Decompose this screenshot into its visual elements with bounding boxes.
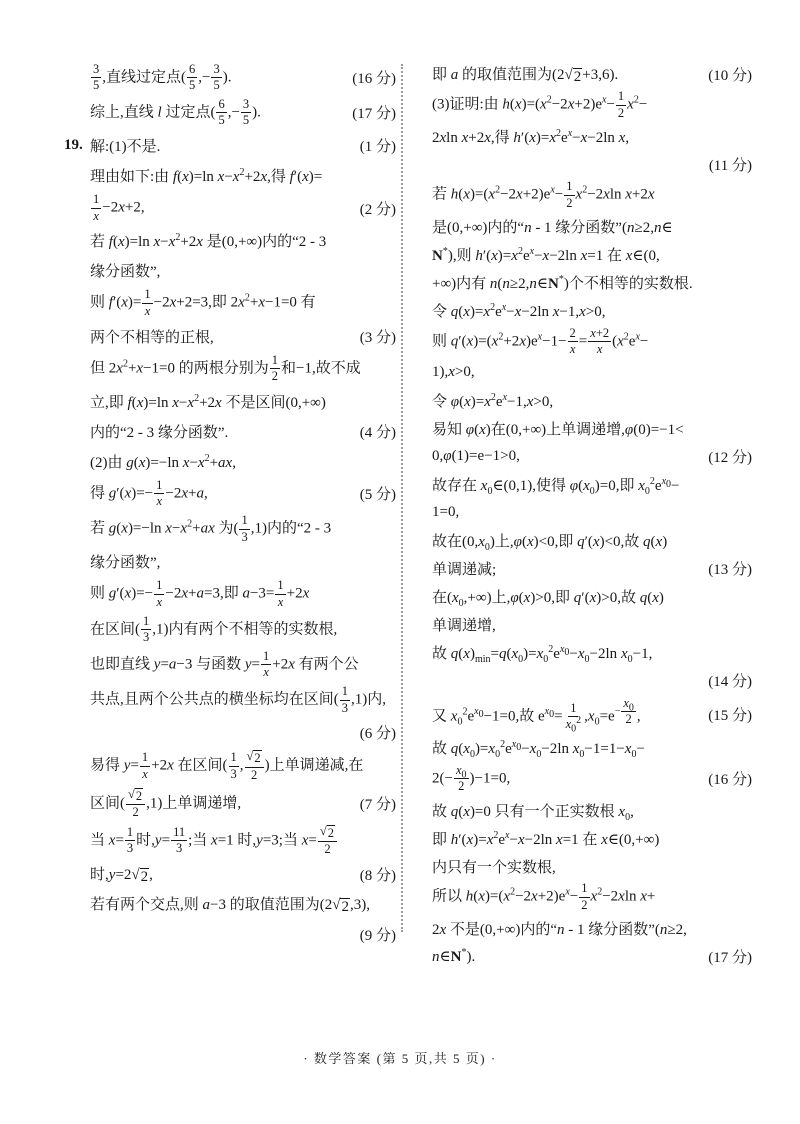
answer-line: 则 q′(x)=(x2+2x)ex−1−2x=x+2x(x2ex−	[432, 325, 752, 359]
answer-line: 则 g′(x)=−1x−2x+a=3,即 a−3=1x+2x	[90, 577, 396, 612]
line-content: 解:(1)不是.	[90, 135, 160, 156]
answer-line: 2xln x+2x,得 h′(x)=x2ex−x−2ln x,	[432, 122, 752, 150]
question-number: 19.	[64, 137, 90, 154]
answer-line: 立,即 f(x)=ln x−x2+2x 不是区间(0,+∞)	[90, 386, 396, 416]
answer-line: (11 分)	[432, 150, 752, 178]
answer-line: 单调递增,	[432, 611, 752, 639]
line-content: 是(0,+∞)内的“n - 1 缘分函数”(n≥2,n∈	[432, 216, 673, 237]
answer-line: 0,φ(1)=e−1>0,(12 分)	[432, 443, 752, 471]
line-content: 则 f′(x)=1x−2x+2=3,即 2x2+x−1=0 有	[90, 287, 316, 319]
score-mark: (17 分)	[344, 102, 396, 123]
answer-line: (14 分)	[432, 667, 752, 695]
line-content: n∈N*).	[432, 947, 475, 966]
line-content: 在(x0,+∞)上,φ(x)>0,即 q′(x)>0,故 q(x)	[432, 586, 664, 607]
line-content: 也即直线 y=a−3 与函数 y=1x+2x 有两个公	[90, 649, 359, 681]
footer-text: · 数学答案 (第 5 页,共 5 页) ·	[303, 1051, 496, 1066]
score-mark: (1 分)	[352, 135, 396, 156]
score-mark: (15 分)	[700, 704, 752, 725]
line-content: 1x−2x+2,	[90, 192, 145, 224]
answer-line: 2x 不是(0,+∞)内的“n - 1 缘分函数”(n≥2,	[432, 914, 752, 942]
answer-line: 内只有一个实数根,	[432, 852, 752, 880]
answer-line: 2(−x02)−1=0,(16 分)	[432, 762, 752, 796]
left-answer-column: 35,直线过定点(65,−35).(16 分)综上,直线 l 过定点(65,−3…	[64, 60, 396, 950]
answer-line: 内的“2 - 3 缘分函数”.(4 分)	[90, 416, 396, 446]
line-content: 故 q(x)=0 只有一个正实数根 x0,	[432, 800, 634, 821]
line-content: 共点,且两个公共点的横坐标均在区间(13,1)内,	[90, 684, 386, 716]
answer-line: 1=0,	[432, 499, 752, 527]
line-content: 在区间(13,1)内有两个不相等的实数根,	[90, 614, 337, 646]
answer-line: 单调递减;(13 分)	[432, 555, 752, 583]
answer-line: 故存在 x0∈(0,1),使得 φ(x0)=0,即 x02ex0−	[432, 471, 752, 499]
answer-line: 令 q(x)=x2ex−x−2ln x−1,x>0,	[432, 297, 752, 325]
score-mark: (12 分)	[700, 446, 752, 467]
line-content: 得 g′(x)=−1x−2x+a,	[90, 478, 208, 510]
score-mark: (11 分)	[701, 154, 752, 175]
line-content: 缘分函数”,	[90, 260, 160, 281]
answer-line: 故 q(x)=0 只有一个正实数根 x0,	[432, 796, 752, 824]
answer-line: 也即直线 y=a−3 与函数 y=1x+2x 有两个公	[90, 647, 396, 682]
answer-line: 综上,直线 l 过定点(65,−35).(17 分)	[90, 95, 396, 130]
line-content: 令 q(x)=x2ex−x−2ln x−1,x>0,	[432, 300, 606, 321]
line-content: 内只有一个实数根,	[432, 856, 556, 877]
answer-line: (3)证明:由 h(x)=(x2−2x+2)ex−12x2−	[432, 88, 752, 122]
answer-line: 1),x>0,	[432, 359, 752, 387]
answer-line: 若有两个交点,则 a−3 的取值范围为(2√2,3),	[90, 890, 396, 920]
line-content: 易得 y=1x+2x 在区间(13,√22)上单调递减,在	[90, 749, 363, 783]
line-content: 则 g′(x)=−1x−2x+a=3,即 a−3=1x+2x	[90, 578, 309, 610]
answer-line: 19.解:(1)不是.(1 分)	[90, 131, 396, 161]
line-content: 故 q(x0)=x02ex0−x0−2ln x0−1=1−x0−	[432, 737, 645, 758]
answer-line: 是(0,+∞)内的“n - 1 缘分函数”(n≥2,n∈	[432, 213, 752, 241]
answer-line: 故在(0,x0)上,φ(x)<0,即 q′(x)<0,故 q(x)	[432, 527, 752, 555]
answer-line: 时,y=2√2,(8 分)	[90, 860, 396, 890]
answer-line: 在区间(13,1)内有两个不相等的实数根,	[90, 612, 396, 647]
line-content: 令 φ(x)=x2ex−1,x>0,	[432, 390, 553, 411]
answer-line: 共点,且两个公共点的横坐标均在区间(13,1)内,	[90, 683, 396, 718]
score-mark: (8 分)	[352, 864, 396, 885]
answer-line: 当 x=13时,y=113;当 x=1 时,y=3;当 x=√22	[90, 822, 396, 859]
score-mark: (9 分)	[352, 924, 396, 945]
score-mark: (16 分)	[700, 768, 752, 789]
line-content: 故在(0,x0)上,φ(x)<0,即 q′(x)<0,故 q(x)	[432, 530, 667, 551]
answer-line: 在(x0,+∞)上,φ(x)>0,即 q′(x)>0,故 q(x)	[432, 583, 752, 611]
score-mark: (5 分)	[352, 483, 396, 504]
answer-sheet-page: { "page": { "footer": "· 数学答案 (第 5 页,共 5…	[0, 0, 800, 1124]
answer-line: 35,直线过定点(65,−35).(16 分)	[90, 60, 396, 95]
answer-line: 即 a 的取值范围为(2√2+3,6).(10 分)	[432, 60, 752, 88]
score-mark: (10 分)	[700, 64, 752, 85]
line-content: 则 q′(x)=(x2+2x)ex−1−2x=x+2x(x2ex−	[432, 326, 648, 358]
answer-line: 故 q(x0)=x02ex0−x0−2ln x0−1=1−x0−	[432, 734, 752, 762]
line-content: 单调递增,	[432, 614, 496, 635]
line-content: 易知 φ(x)在(0,+∞)上单调递增,φ(0)=−1<	[432, 418, 684, 439]
line-content: (2)由 g(x)=−ln x−x2+ax,	[90, 451, 236, 472]
line-content: 所以 h(x)=(x2−2x+2)ex−12x2−2xln x+	[432, 881, 655, 913]
line-content: 但 2x2+x−1=0 的两根分别为12和−1,故不成	[90, 353, 361, 385]
line-content: 理由如下:由 f(x)=ln x−x2+2x,得 f′(x)=	[90, 165, 322, 186]
answer-line: 但 2x2+x−1=0 的两根分别为12和−1,故不成	[90, 351, 396, 386]
line-content: 2x 不是(0,+∞)内的“n - 1 缘分函数”(n≥2,	[432, 918, 687, 939]
line-content: 故 q(x)min=q(x0)=x02ex0−x0−2ln x0−1,	[432, 642, 652, 663]
score-mark: (2 分)	[352, 198, 396, 219]
answer-line: 易得 y=1x+2x 在区间(13,√22)上单调递减,在	[90, 748, 396, 785]
answer-line: 若 f(x)=ln x−x2+2x 是(0,+∞)内的“2 - 3	[90, 226, 396, 256]
line-content: 1),x>0,	[432, 364, 475, 381]
line-content: +∞)内有 n(n≥2,n∈N*)个不相等的实数根.	[432, 272, 693, 293]
answer-line: (6 分)	[90, 718, 396, 748]
answer-line: 即 h′(x)=x2ex−x−2ln x=1 在 x∈(0,+∞)	[432, 824, 752, 852]
line-content: 又 x02ex0−1=0,故 ex0=1x02,x0=e−x02,	[432, 696, 641, 733]
answer-line: (2)由 g(x)=−ln x−x2+ax,	[90, 446, 396, 476]
line-content: 若有两个交点,则 a−3 的取值范围为(2√2,3),	[90, 893, 370, 916]
answer-line: 则 f′(x)=1x−2x+2=3,即 2x2+x−1=0 有	[90, 286, 396, 321]
line-content: 若 g(x)=−ln x−x2+ax 为(13,1)内的“2 - 3	[90, 513, 331, 545]
answer-line: 所以 h(x)=(x2−2x+2)ex−12x2−2xln x+	[432, 880, 752, 914]
answer-line: 令 φ(x)=x2ex−1,x>0,	[432, 387, 752, 415]
line-content: 35,直线过定点(65,−35).	[90, 62, 231, 94]
score-mark: (17 分)	[700, 946, 752, 967]
answer-line: 故 q(x)min=q(x0)=x02ex0−x0−2ln x0−1,	[432, 639, 752, 667]
answer-line: 1x−2x+2,(2 分)	[90, 191, 396, 226]
line-content: 即 h′(x)=x2ex−x−2ln x=1 在 x∈(0,+∞)	[432, 828, 659, 849]
score-mark: (13 分)	[700, 558, 752, 579]
score-mark: (7 分)	[352, 793, 396, 814]
score-mark: (16 分)	[344, 67, 396, 88]
line-content: (3)证明:由 h(x)=(x2−2x+2)ex−12x2−	[432, 89, 647, 121]
answer-line: 区间(√22,1)上单调递增,(7 分)	[90, 785, 396, 822]
line-content: 区间(√22,1)上单调递增,	[90, 787, 241, 821]
line-content: 两个不相等的正根,	[90, 326, 214, 347]
line-content: 故存在 x0∈(0,1),使得 φ(x0)=0,即 x02ex0−	[432, 474, 680, 495]
line-content: 立,即 f(x)=ln x−x2+2x 不是区间(0,+∞)	[90, 391, 326, 412]
line-content: N*),则 h′(x)=x2ex−x−2ln x=1 在 x∈(0,	[432, 244, 660, 265]
score-mark: (14 分)	[700, 670, 752, 691]
answer-line: (9 分)	[90, 920, 396, 950]
line-content: 0,φ(1)=e−1>0,	[432, 448, 520, 465]
line-content: 综上,直线 l 过定点(65,−35).	[90, 97, 261, 129]
answer-line: +∞)内有 n(n≥2,n∈N*)个不相等的实数根.	[432, 269, 752, 297]
score-mark: (6 分)	[352, 722, 396, 743]
line-content: 2xln x+2x,得 h′(x)=x2ex−x−2ln x,	[432, 126, 629, 147]
line-content: 若 h(x)=(x2−2x+2)ex−12x2−2xln x+2x	[432, 179, 655, 211]
column-divider	[401, 64, 403, 932]
answer-line: 理由如下:由 f(x)=ln x−x2+2x,得 f′(x)=	[90, 161, 396, 191]
answer-line: 易知 φ(x)在(0,+∞)上单调递增,φ(0)=−1<	[432, 415, 752, 443]
line-content: 当 x=13时,y=113;当 x=1 时,y=3;当 x=√22	[90, 824, 338, 858]
line-content: 单调递减;	[432, 558, 496, 579]
answer-line: 两个不相等的正根,(3 分)	[90, 321, 396, 351]
line-content: 缘分函数”,	[90, 551, 160, 572]
answer-line: 缘分函数”,	[90, 256, 396, 286]
line-content: 若 f(x)=ln x−x2+2x 是(0,+∞)内的“2 - 3	[90, 230, 326, 251]
line-content: 2(−x02)−1=0,	[432, 763, 510, 795]
page-footer: · 数学答案 (第 5 页,共 5 页) ·	[0, 1048, 800, 1067]
line-content: 时,y=2√2,	[90, 863, 153, 886]
line-content: 即 a 的取值范围为(2√2+3,6).	[432, 63, 618, 86]
answer-line: 又 x02ex0−1=0,故 ex0=1x02,x0=e−x02,(15 分)	[432, 695, 752, 734]
answer-line: 若 g(x)=−ln x−x2+ax 为(13,1)内的“2 - 3	[90, 512, 396, 547]
right-answer-column: 即 a 的取值范围为(2√2+3,6).(10 分)(3)证明:由 h(x)=(…	[432, 60, 752, 970]
answer-line: 若 h(x)=(x2−2x+2)ex−12x2−2xln x+2x	[432, 178, 752, 212]
line-content: 1=0,	[432, 504, 459, 521]
answer-line: 得 g′(x)=−1x−2x+a,(5 分)	[90, 476, 396, 511]
score-mark: (4 分)	[352, 421, 396, 442]
answer-line: n∈N*).(17 分)	[432, 942, 752, 970]
answer-line: 缘分函数”,	[90, 547, 396, 577]
answer-line: N*),则 h′(x)=x2ex−x−2ln x=1 在 x∈(0,	[432, 241, 752, 269]
score-mark: (3 分)	[352, 326, 396, 347]
line-content: 内的“2 - 3 缘分函数”.	[90, 421, 228, 442]
